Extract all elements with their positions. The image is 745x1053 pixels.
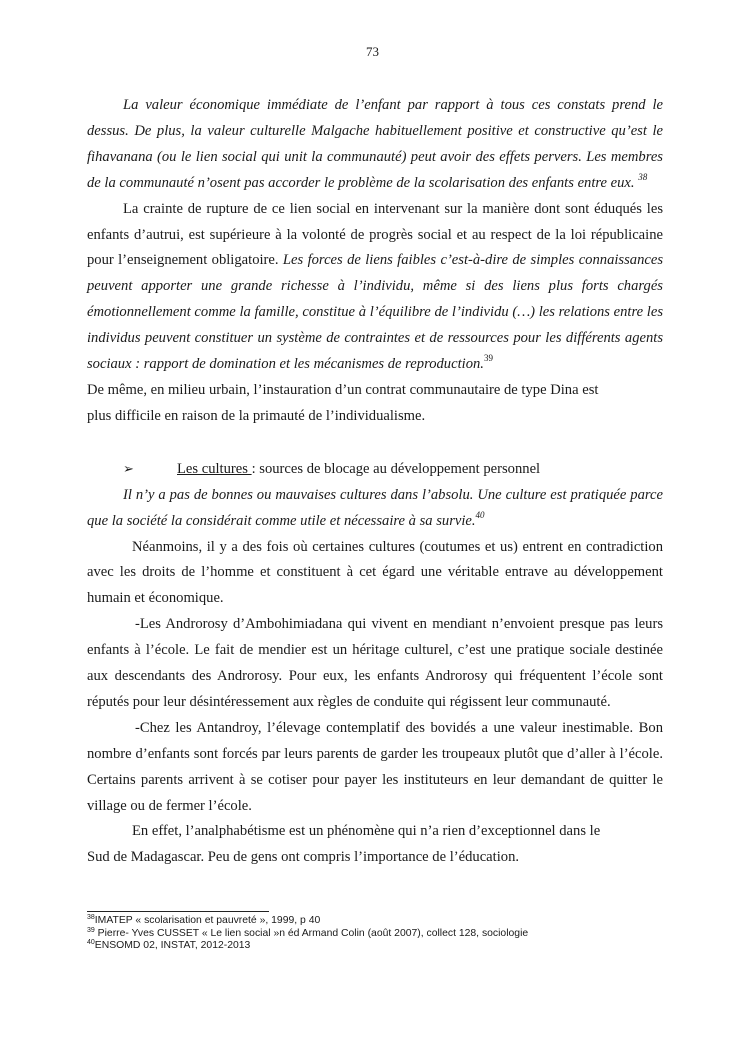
page-number: 73 bbox=[0, 44, 745, 60]
paragraph-antandroy: -Chez les Antandroy, l’élevage contempla… bbox=[87, 716, 663, 820]
footnote-number: 40 bbox=[87, 939, 95, 946]
footnote-text: Pierre- Yves CUSSET « Le lien social »n … bbox=[95, 928, 528, 939]
paragraph-line: Sud de Madagascar. Peu de gens ont compr… bbox=[87, 849, 519, 865]
document-body: La valeur économique immédiate de l’enfa… bbox=[87, 93, 663, 871]
footnote-separator bbox=[87, 911, 269, 912]
paragraph-crainte-rupture: La crainte de rupture de ce lien social … bbox=[87, 197, 663, 378]
footnote-ref[interactable]: 40 bbox=[476, 510, 485, 520]
footnote-ref[interactable]: 38 bbox=[638, 172, 647, 182]
footnote-number: 38 bbox=[87, 914, 95, 921]
footnote-40: 40ENSOMD 02, INSTAT, 2012-2013 bbox=[87, 940, 528, 953]
footnotes: 38IMATEP « scolarisation et pauvreté », … bbox=[87, 915, 528, 953]
paragraph-line: De même, en milieu urbain, l’instauratio… bbox=[87, 382, 598, 398]
paragraph-line: En effet, l’analphabétisme est un phénom… bbox=[87, 823, 600, 839]
paragraph-milieu-urbain: De même, en milieu urbain, l’instauratio… bbox=[87, 378, 663, 430]
footnote-text: ENSOMD 02, INSTAT, 2012-2013 bbox=[95, 940, 251, 951]
footnote-text: IMATEP « scolarisation et pauvreté », 19… bbox=[95, 915, 320, 926]
heading-underlined: Les cultures bbox=[177, 461, 252, 477]
paragraph-text: Il n’y a pas de bonnes ou mauvaises cult… bbox=[87, 487, 663, 529]
paragraph-valeur-economique: La valeur économique immédiate de l’enfa… bbox=[87, 93, 663, 197]
heading-rest: : sources de blocage au développement pe… bbox=[252, 461, 541, 477]
paragraph-analphabetisme: En effet, l’analphabétisme est un phénom… bbox=[87, 819, 663, 871]
footnote-39: 39 Pierre- Yves CUSSET « Le lien social … bbox=[87, 928, 528, 941]
quotation-italic: Les forces de liens faibles c’est-à-dire… bbox=[87, 252, 663, 372]
paragraph-neanmoins: Néanmoins, il y a des fois où certaines … bbox=[87, 535, 663, 613]
section-heading: ➢Les cultures : sources de blocage au dé… bbox=[87, 456, 663, 483]
footnote-ref[interactable]: 39 bbox=[484, 353, 493, 363]
paragraph-line: plus difficile en raison de la primauté … bbox=[87, 408, 425, 424]
arrow-bullet-icon: ➢ bbox=[123, 456, 177, 482]
footnote-number: 39 bbox=[87, 927, 95, 934]
paragraph-text: La valeur économique immédiate de l’enfa… bbox=[87, 97, 663, 191]
paragraph-cultures-absolu: Il n’y a pas de bonnes ou mauvaises cult… bbox=[87, 483, 663, 535]
paragraph-androrosy: -Les Androrosy d’Ambohimiadana qui viven… bbox=[87, 612, 663, 716]
footnote-38: 38IMATEP « scolarisation et pauvreté », … bbox=[87, 915, 528, 928]
